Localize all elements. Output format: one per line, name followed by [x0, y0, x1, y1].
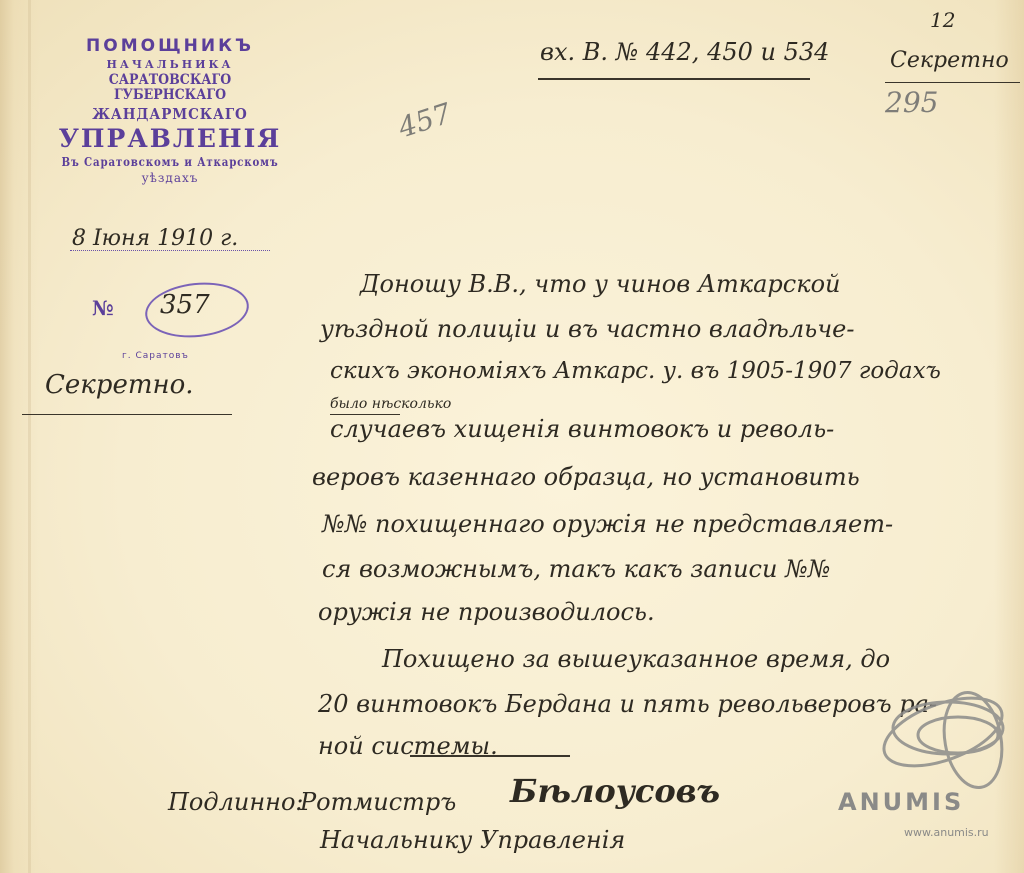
signature-label: Подлинно: — [168, 788, 303, 816]
signature-name: Бѣлоусовъ — [510, 772, 720, 810]
paper-fold — [28, 0, 31, 873]
secret-mark: Секретно — [890, 48, 1009, 73]
body-line-8: оружія не производилось. — [318, 598, 655, 626]
reference-underline — [538, 78, 810, 80]
reference-number: вх. В. № 442, 450 и 534 — [540, 38, 829, 66]
body-line-9: Похищено за вышеуказанное время, до — [382, 645, 890, 673]
body-insertion: было нѣсколько — [330, 396, 451, 412]
stamp-line-4: ЖАНДАРМСКАГО — [53, 107, 287, 123]
stamp-number-prefix: № — [92, 296, 114, 320]
body-line-2: уѣздной полиціи и въ частно владѣльче- — [320, 315, 854, 343]
rings-logo-icon — [868, 680, 1018, 790]
watermark-url: www.anumis.ru — [904, 826, 989, 839]
body-line-5: веровъ казеннаго образца, но установить — [312, 463, 860, 491]
secret-mark-top: 12 — [930, 8, 955, 32]
stamp-line-2: НАЧАЛЬНИКА — [40, 59, 300, 71]
signature-rank: Ротмистръ — [300, 788, 456, 816]
stamp-line-7: уѣздахъ — [40, 172, 300, 185]
secret-underline — [885, 82, 1020, 83]
body-line-1: Доношу В.В., что у чинов Аткарской — [360, 270, 840, 298]
closing-underline — [410, 755, 570, 757]
body-line-4: случаевъ хищенія винтовокъ и револь- — [330, 415, 834, 443]
official-stamp: ПОМОЩНИКЪ НАЧАЛЬНИКА САРАТОВСКАГО ГУБЕРН… — [40, 38, 300, 185]
body-line-3: скихъ экономіяхъ Аткарс. у. въ 1905-1907… — [330, 358, 941, 384]
stamp-city: г. Саратовъ — [122, 351, 189, 361]
secret-note: Секретно. — [45, 370, 194, 400]
watermark-brand: ANUMIS — [838, 788, 964, 816]
stamp-line-3: САРАТОВСКАГО ГУБЕРНСКАГО — [53, 73, 287, 102]
body-line-7: ся возможнымъ, такъ какъ записи №№ — [322, 555, 831, 583]
stamp-line-6: Въ Саратовскомъ и Аткарскомъ — [60, 156, 281, 169]
anumis-watermark: ANUMIS www.anumis.ru — [828, 680, 1024, 870]
date-underline — [70, 250, 270, 252]
stamp-line-1: ПОМОЩНИКЪ — [40, 38, 300, 56]
stamp-line-5: УПРАВЛЕНІЯ — [40, 126, 300, 152]
body-line-6: №№ похищеннаго оружія не представляет- — [322, 510, 893, 538]
signature-addressee: Начальнику Управленія — [320, 826, 625, 854]
secret-number: 295 — [885, 86, 938, 119]
stamp-rule — [22, 414, 232, 415]
stamp-number: 357 — [160, 290, 210, 320]
stamp-date: 8 Іюня 1910 г. — [72, 226, 238, 251]
